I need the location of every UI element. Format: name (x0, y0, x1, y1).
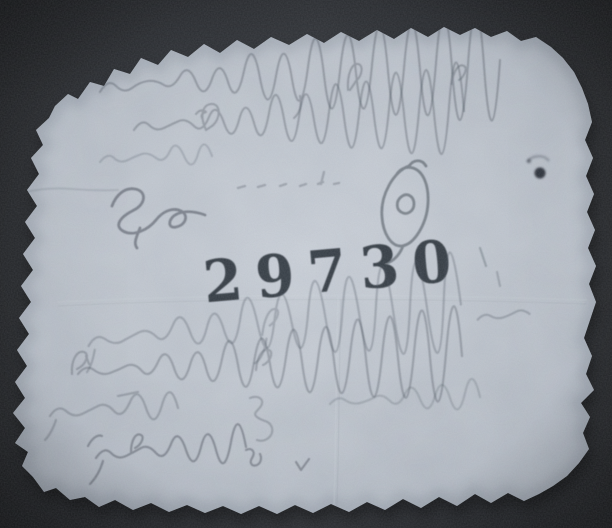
photo-canvas: 29730 (0, 0, 612, 528)
photograph: 29730 (0, 0, 612, 528)
film-grain-dark (0, 0, 612, 528)
